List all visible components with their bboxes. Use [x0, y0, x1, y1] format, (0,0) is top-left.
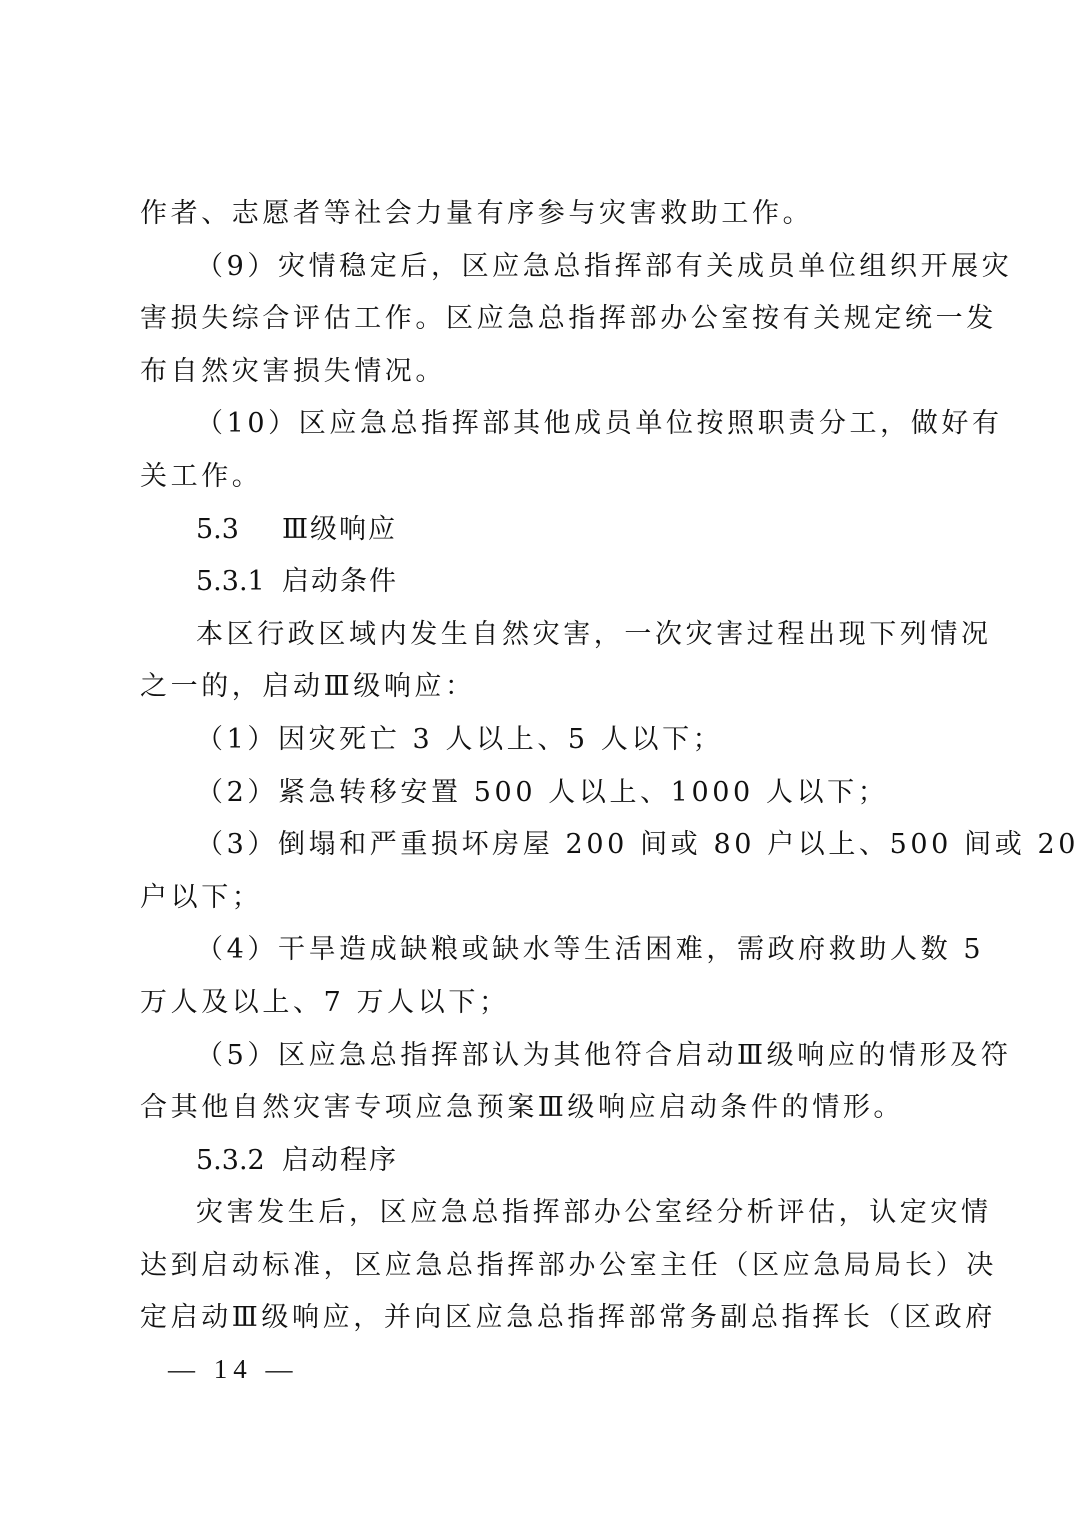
list-item-1: （1）因灾死亡 3 人以上、5 人以下；: [140, 714, 940, 767]
section-number: 5.3.2: [196, 1135, 282, 1188]
list-item-5-continued: 合其他自然灾害专项应急预案Ⅲ级响应启动条件的情形。: [140, 1082, 940, 1135]
list-item-4-continued: 万人及以上、7 万人以下；: [140, 977, 940, 1030]
paragraph-line: 作者、志愿者等社会力量有序参与灾害救助工作。: [140, 188, 940, 241]
section-title: Ⅲ级响应: [282, 514, 397, 545]
list-item-3: （3）倒塌和严重损坏房屋 200 间或 80 户以上、500 间或 200: [140, 819, 940, 872]
section-heading-5-3-2: 5.3.2启动程序: [140, 1135, 940, 1188]
paragraph-line: 害损失综合评估工作。区应急总指挥部办公室按有关规定统一发: [140, 293, 940, 346]
section-number: 5.3: [196, 504, 282, 557]
paragraph-line: 本区行政区域内发生自然灾害，一次灾害过程出现下列情况: [140, 609, 940, 662]
paragraph-line: 之一的，启动Ⅲ级响应：: [140, 661, 940, 714]
document-page: 作者、志愿者等社会力量有序参与灾害救助工作。 （9）灾情稳定后，区应急总指挥部有…: [140, 188, 940, 1345]
list-item-2: （2）紧急转移安置 500 人以上、1000 人以下；: [140, 767, 940, 820]
paragraph-line: 灾害发生后，区应急总指挥部办公室经分析评估，认定灾情: [140, 1187, 940, 1240]
paragraph-line: 布自然灾害损失情况。: [140, 346, 940, 399]
list-item-3-continued: 户以下；: [140, 872, 940, 925]
paragraph-line: 定启动Ⅲ级响应，并向区应急总指挥部常务副总指挥长（区政府: [140, 1292, 940, 1345]
list-item-4: （4）干旱造成缺粮或缺水等生活困难，需政府救助人数 5: [140, 924, 940, 977]
paragraph-line: （10）区应急总指挥部其他成员单位按照职责分工，做好有: [140, 398, 940, 451]
paragraph-line: 达到启动标准，区应急总指挥部办公室主任（区应急局局长）决: [140, 1240, 940, 1293]
paragraph-line: 关工作。: [140, 451, 940, 504]
section-heading-5-3: 5.3Ⅲ级响应: [140, 504, 940, 557]
section-number: 5.3.1: [196, 556, 282, 609]
section-heading-5-3-1: 5.3.1启动条件: [140, 556, 940, 609]
section-title: 启动条件: [282, 566, 398, 597]
page-number: — 14 —: [168, 1352, 299, 1386]
paragraph-line: （9）灾情稳定后，区应急总指挥部有关成员单位组织开展灾: [140, 241, 940, 294]
list-item-5: （5）区应急总指挥部认为其他符合启动Ⅲ级响应的情形及符: [140, 1030, 940, 1083]
section-title: 启动程序: [282, 1145, 398, 1176]
